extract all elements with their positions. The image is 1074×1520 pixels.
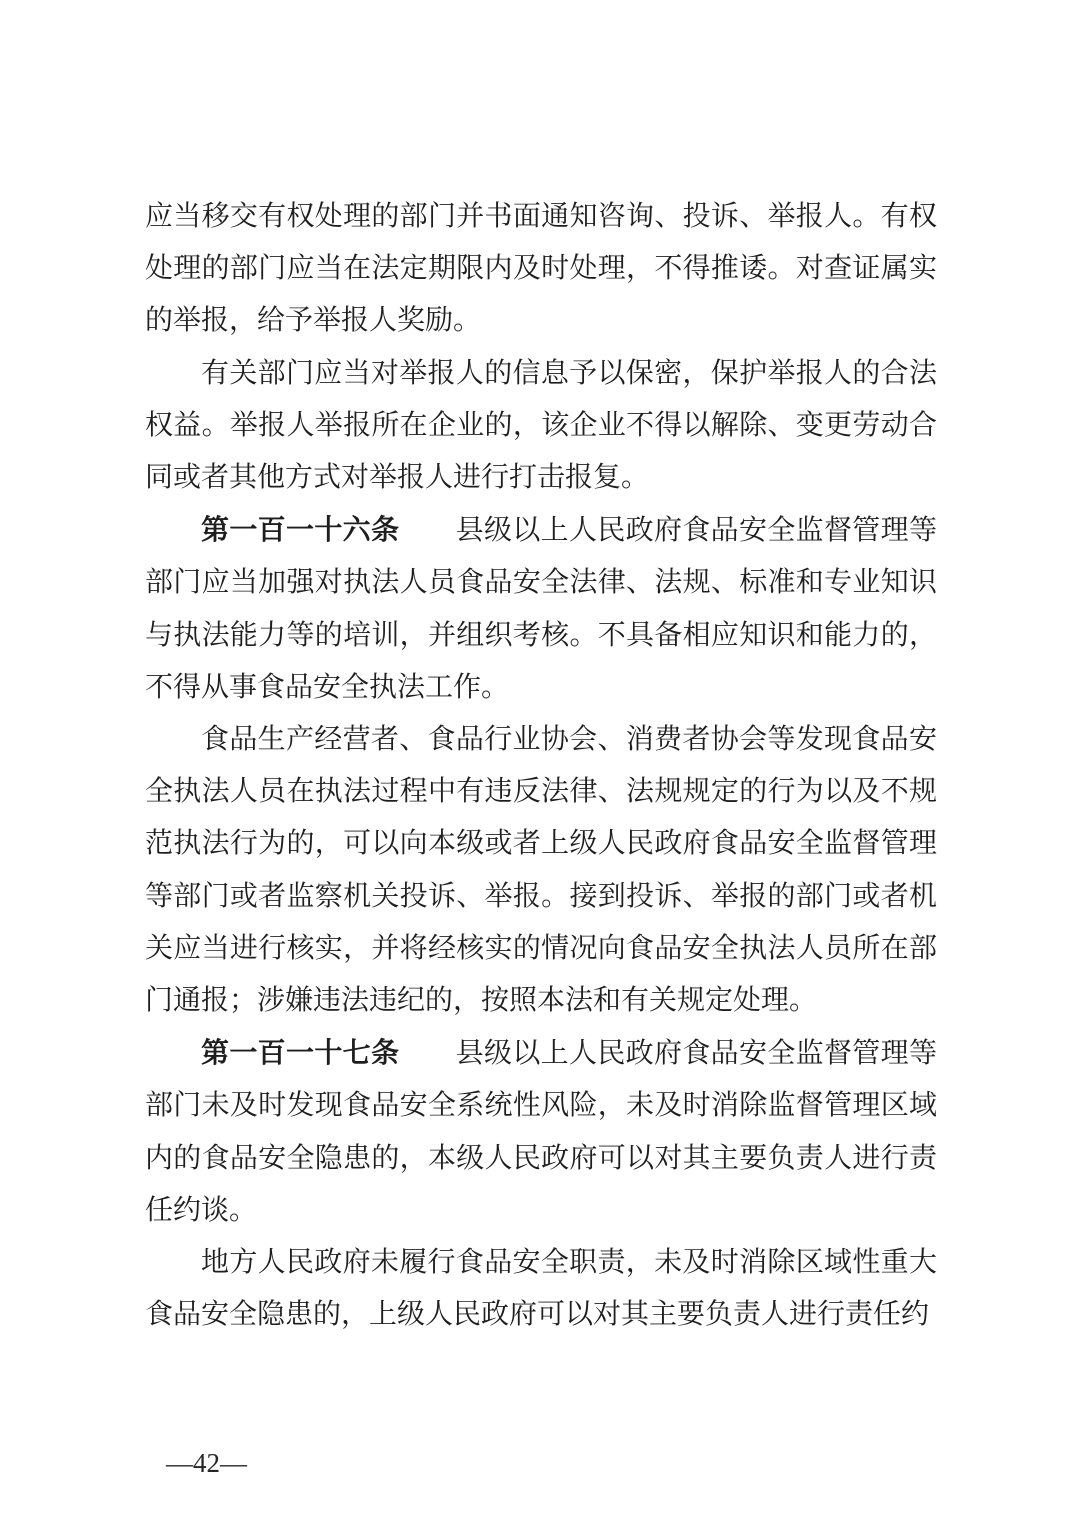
body-text: 应当移交有权处理的部门并书面通知咨询、投诉、举报人。有权处理的部门应当在法定期限… [145, 191, 937, 1341]
article-number: 第一百一十七条 [201, 1037, 399, 1068]
paragraph-text: 应当移交有权处理的部门并书面通知咨询、投诉、举报人。有权处理的部门应当在法定期限… [145, 201, 937, 336]
paragraph-text: 地方人民政府未履行食品安全职责，未及时消除区域性重大食品安全隐患的，上级人民政府… [145, 1247, 937, 1330]
paragraph: 有关部门应当对举报人的信息予以保密，保护举报人的合法权益。举报人举报所在企业的，… [145, 348, 937, 505]
document-page: 应当移交有权处理的部门并书面通知咨询、投诉、举报人。有权处理的部门应当在法定期限… [0, 0, 1074, 1520]
page-number: —42— [166, 1446, 247, 1480]
paragraph: 食品生产经营者、食品行业协会、消费者协会等发现食品安全执法人员在执法过程中有违反… [145, 714, 937, 1027]
paragraph-continuation: 应当移交有权处理的部门并书面通知咨询、投诉、举报人。有权处理的部门应当在法定期限… [145, 191, 937, 348]
paragraph-text: 有关部门应当对举报人的信息予以保密，保护举报人的合法权益。举报人举报所在企业的，… [145, 358, 937, 493]
paragraph-text: 食品生产经营者、食品行业协会、消费者协会等发现食品安全执法人员在执法过程中有违反… [145, 724, 937, 1016]
paragraph-article-117: 第一百一十七条县级以上人民政府食品安全监督管理等部门未及时发现食品安全系统性风险… [145, 1027, 937, 1237]
paragraph: 地方人民政府未履行食品安全职责，未及时消除区域性重大食品安全隐患的，上级人民政府… [145, 1237, 937, 1341]
paragraph-article-116: 第一百一十六条县级以上人民政府食品安全监督管理等部门应当加强对执法人员食品安全法… [145, 504, 937, 714]
article-number: 第一百一十六条 [201, 514, 399, 545]
